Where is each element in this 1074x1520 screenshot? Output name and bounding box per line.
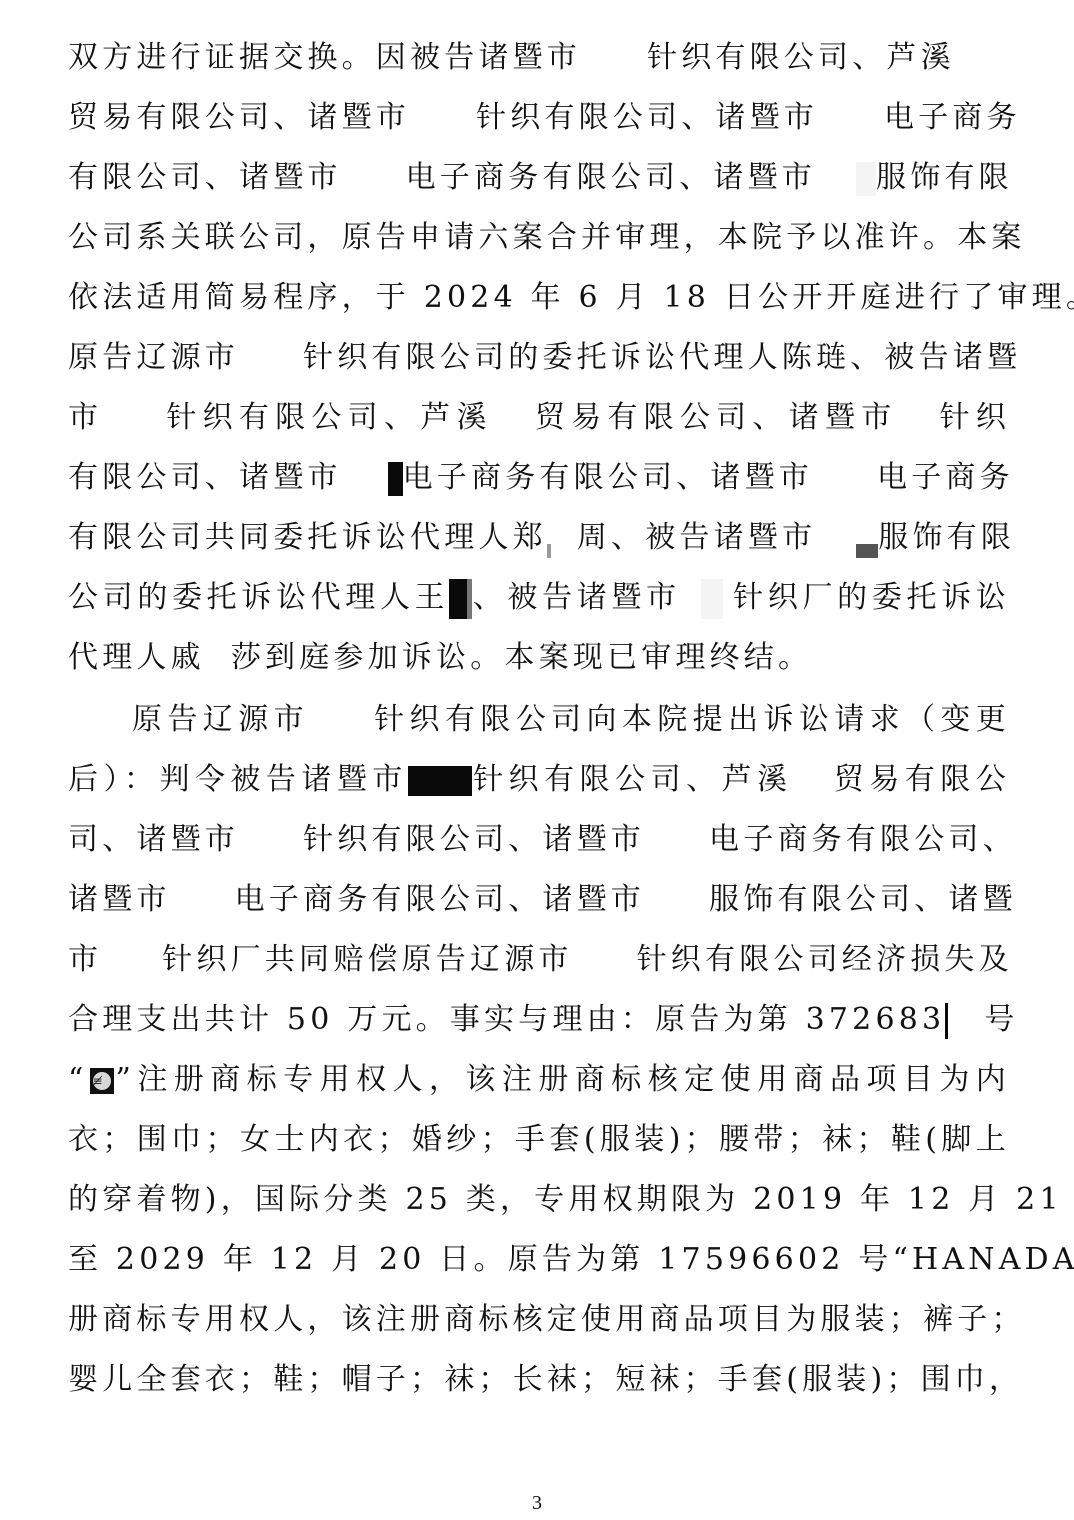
text-segment: 贸易有限公司、诸暨市 xyxy=(68,100,410,135)
text-segment: 代理人戚 xyxy=(68,640,205,675)
text-segment: 后）：判令被告诸暨市 xyxy=(68,762,408,797)
text-segment: 衣；围巾；女士内衣；婚纱；手套(服装)；腰带；袜；鞋(脚上 xyxy=(68,1122,1010,1157)
text-segment: 针织有限公司经济损失及 xyxy=(637,942,1013,977)
text-segment: 周、被告诸暨市 xyxy=(577,520,816,555)
document-page: 双方进行证据交换。因被告诸暨市针织有限公司、芦溪 贸易有限公司、诸暨市针织有限公… xyxy=(0,0,1074,1520)
text-line: 有限公司、诸暨市电子商务有限公司、诸暨市服饰有限 xyxy=(68,158,1010,198)
trademark-glyph: ≢ xyxy=(93,1072,111,1090)
text-segment: 有限公司、诸暨市 xyxy=(68,460,342,495)
text-line: 原告辽源市针织有限公司的委托诉讼代理人陈琏、被告诸暨 xyxy=(68,338,1010,378)
text-segment: 诸暨市 xyxy=(68,882,171,917)
text-segment: 电子商务 xyxy=(884,100,1021,135)
text-segment: 针织厂的委托诉讼 xyxy=(733,580,1010,615)
text-segment: 电子商务 xyxy=(877,460,1014,495)
text-segment: 针织有限公司、诸暨市 xyxy=(476,100,818,135)
text-segment: 服饰有限 xyxy=(876,160,1013,195)
text-segment: 有限公司共同委托诉讼代理人郑 xyxy=(68,520,547,555)
text-segment: 合理支出共计 50 万元。事实与理由：原告为第 372683 xyxy=(68,1002,945,1037)
text-segment: ”注册商标专用权人，该注册商标核定使用商品项目为内 xyxy=(116,1062,1010,1097)
redaction-gap xyxy=(205,644,231,674)
text-segment: 针织有限公司、芦溪 xyxy=(647,40,955,75)
text-line: 双方进行证据交换。因被告诸暨市针织有限公司、芦溪 xyxy=(68,38,1010,78)
text-segment: “ xyxy=(68,1062,88,1097)
text-segment: 依法适用简易程序，于 2024 年 6 月 18 日公开开庭进行了审理。 xyxy=(68,280,1074,315)
text-line: 婴儿全套衣；鞋；帽子；袜；长袜；短袜；手套(服装)；围巾， xyxy=(68,1360,1010,1400)
text-line: 公司系关联公司，原告申请六案合并审理，本院予以准许。本案 xyxy=(68,218,1010,258)
text-line: 合理支出共计 50 万元。事实与理由：原告为第 372683号 xyxy=(68,1000,1010,1040)
text-segment: 电子商务有限公司、 xyxy=(709,822,1017,857)
text-line: 衣；围巾；女士内衣；婚纱；手套(服装)；腰带；袜；鞋(脚上 xyxy=(68,1120,1010,1160)
text-segment: 公司系关联公司，原告申请六案合并审理，本院予以准许。本案 xyxy=(68,220,1026,255)
text-segment: 服饰有限 xyxy=(878,520,1015,555)
text-segment: 原告辽源市 xyxy=(132,702,309,737)
redaction-gap xyxy=(581,44,647,74)
redaction-gap xyxy=(573,946,637,976)
text-segment: 有限公司、诸暨市 xyxy=(68,160,342,195)
text-segment: 针织有限公司向本院提出诉讼请求（变更 xyxy=(373,702,1010,737)
text-segment: 原告辽源市 xyxy=(68,340,239,375)
text-segment: 针织 xyxy=(937,400,1010,435)
redaction-gap xyxy=(171,886,235,916)
text-segment: 电子商务有限公司、诸暨市 xyxy=(406,160,816,195)
redaction-gap xyxy=(104,404,164,434)
text-line: 有限公司共同委托诉讼代理人郑周、被告诸暨市服饰有限 xyxy=(68,518,1010,558)
text-segment: 电子商务有限公司、诸暨市 xyxy=(403,460,813,495)
line-end-space xyxy=(955,44,1015,74)
text-line: 原告辽源市针织有限公司向本院提出诉讼请求（变更 xyxy=(68,700,1010,740)
redaction-block xyxy=(388,462,403,496)
redaction-gap xyxy=(410,104,476,134)
text-segment: 、被告诸暨市 xyxy=(472,580,680,615)
text-line: 市针织厂共同赔偿原告辽源市针织有限公司经济损失及 xyxy=(68,940,1010,980)
text-segment: 莎到庭参加诉讼。本案现已审理终结。 xyxy=(231,640,812,675)
text-line: 依法适用简易程序，于 2024 年 6 月 18 日公开开庭进行了审理。 xyxy=(68,278,1010,318)
redaction-gap xyxy=(239,826,303,856)
text-segment: 双方进行证据交换。因被告诸暨市 xyxy=(68,40,581,75)
text-segment: 号 xyxy=(984,1002,1018,1037)
text-segment: 司、诸暨市 xyxy=(68,822,239,857)
text-line: 至 2029 年 12 月 20 日。原告为第 17596602 号“HANAD… xyxy=(68,1240,1010,1280)
text-segment: 市 xyxy=(68,942,102,977)
redaction-gap xyxy=(813,464,877,494)
text-segment: 市 xyxy=(68,400,104,435)
redaction-gap xyxy=(818,104,884,134)
redaction-block xyxy=(408,766,472,796)
trademark-logo-icon: ≢ xyxy=(90,1068,114,1094)
redaction-block xyxy=(701,579,723,619)
text-line: 的穿着物)，国际分类 25 类，专用权期限为 2019 年 12 月 21 日 xyxy=(68,1180,1010,1220)
page-number: 3 xyxy=(0,1492,1074,1515)
redaction-gap xyxy=(897,404,937,434)
redaction-block xyxy=(547,544,551,558)
text-line: 后）：判令被告诸暨市针织有限公司、芦溪贸易有限公 xyxy=(68,760,1010,800)
text-line: 市针织有限公司、芦溪贸易有限公司、诸暨市针织 xyxy=(68,398,1010,438)
text-segment: 贸易有限公 xyxy=(833,762,1010,797)
text-segment: 针织有限公司的委托诉讼代理人陈琏、被告诸暨 xyxy=(303,340,1021,375)
text-segment: 针织厂共同赔偿原告辽源市 xyxy=(162,942,572,977)
text-line: 司、诸暨市针织有限公司、诸暨市电子商务有限公司、 xyxy=(68,820,1010,860)
text-line: 册商标专用权人，该注册商标核定使用商品项目为服装；裤子； xyxy=(68,1300,1010,1340)
redaction-gap xyxy=(493,404,533,434)
text-segment: 针织有限公司、芦溪 xyxy=(164,400,492,435)
redaction-gap xyxy=(239,344,303,374)
text-segment: 针织有限公司、诸暨市 xyxy=(303,822,645,857)
text-segment: 针织有限公司、芦溪 xyxy=(472,762,793,797)
text-line: 公司的委托诉讼代理人王、被告诸暨市针织厂的委托诉讼 xyxy=(68,578,1010,618)
redaction-gap xyxy=(645,826,709,856)
redaction-gap xyxy=(793,766,833,796)
redaction-block xyxy=(449,579,472,619)
redaction-block xyxy=(856,544,878,558)
redaction-gap xyxy=(342,164,406,194)
text-line: 贸易有限公司、诸暨市针织有限公司、诸暨市电子商务 xyxy=(68,98,1010,138)
text-line: “≢”注册商标专用权人，该注册商标核定使用商品项目为内 xyxy=(68,1060,1010,1100)
redaction-gap xyxy=(102,946,162,976)
text-segment: 的穿着物)，国际分类 25 类，专用权期限为 2019 年 12 月 21 日 xyxy=(68,1182,1074,1217)
text-line: 有限公司、诸暨市电子商务有限公司、诸暨市电子商务 xyxy=(68,458,1010,498)
text-segment: 服饰有限公司、诸暨 xyxy=(709,882,1017,917)
text-segment: 公司的委托诉讼代理人王 xyxy=(68,580,449,615)
text-segment: 贸易有限公司、诸暨市 xyxy=(533,400,898,435)
redaction-block xyxy=(945,1003,948,1039)
text-segment: 册商标专用权人，该注册商标核定使用商品项目为服装；裤子； xyxy=(68,1302,1026,1337)
text-segment: 婴儿全套衣；鞋；帽子；袜；长袜；短袜；手套(服装)；围巾， xyxy=(68,1362,1023,1397)
text-segment: 至 2029 年 12 月 20 日。原告为第 17596602 号“HANAD… xyxy=(68,1242,1074,1277)
text-line: 诸暨市电子商务有限公司、诸暨市服饰有限公司、诸暨 xyxy=(68,880,1010,920)
text-line: 代理人戚莎到庭参加诉讼。本案现已审理终结。 xyxy=(68,638,1010,678)
redaction-gap xyxy=(309,706,373,736)
redaction-gap xyxy=(645,886,709,916)
redaction-block xyxy=(856,162,876,196)
text-segment: 电子商务有限公司、诸暨市 xyxy=(235,882,645,917)
